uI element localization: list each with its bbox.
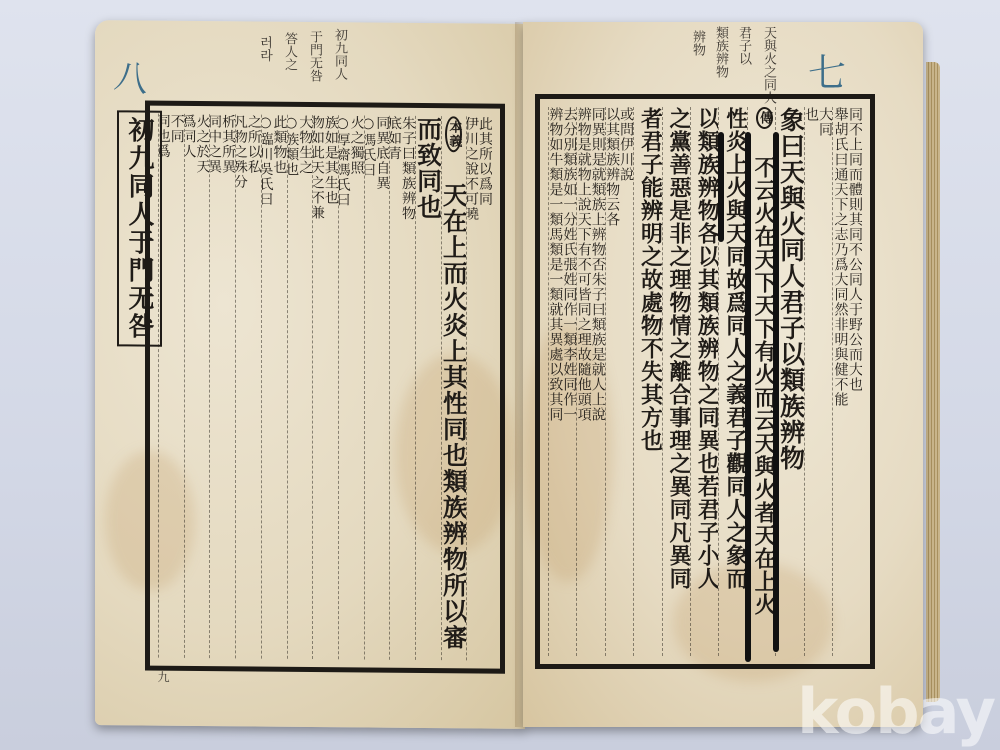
commentary-column: 析其所異同中之異: [209, 114, 235, 658]
commentary-column: 朱子曰類族辨物底如青: [389, 116, 415, 660]
commentary-column: 同異底自異○馮氏曰: [364, 115, 390, 659]
ink-highlight-bar: [745, 132, 751, 662]
handwritten-note: 初九同人: [330, 28, 349, 80]
open-book: 八 러라 答人之 于門无咎 初九同人 初九同人于門无咎 此其所以爲同伊川之說不可…: [95, 22, 930, 727]
text-columns: 同不上同而體則其同不公同人于野公而大也舉胡氏曰通天下之志乃爲大同然非明與健不能 …: [548, 107, 862, 656]
handwritten-note: 天與火之同人: [759, 26, 778, 104]
commentary-column: 大同也: [804, 107, 832, 656]
text-columns: 此其所以爲同伊川之說不可曉 本義 天在上而火炎上其性同也類族辨物所以審異 而致同…: [158, 114, 492, 661]
handwritten-note: 類族辨物: [711, 26, 730, 78]
seal-benyi: 本義: [445, 116, 462, 152]
text-frame-right: 同不上同而體則其同不公同人于野公而大也舉胡氏曰通天下之志乃爲大同然非明與健不能 …: [535, 94, 875, 669]
commentary-column: 或問伊川說以其類族辨物云各: [605, 107, 633, 656]
blue-annotation-mark: 七: [808, 42, 846, 97]
handwritten-note: 러라: [255, 36, 274, 62]
commentary-column: 之所以私凡物之殊分: [235, 114, 261, 658]
main-text-column: 象曰天與火同人君子以類族辨物: [775, 107, 803, 656]
handwritten-note: 于門无咎: [305, 30, 324, 82]
commentary-column: 族如是其生也物如此天之不兼: [312, 115, 338, 659]
commentary-column: 同不上同而體則其同不公同人于野公而大也舉胡氏曰通天下之志乃爲大同然非明與健不能: [832, 107, 862, 656]
kobay-watermark: kobay: [797, 675, 994, 748]
handwritten-note: 答人之: [280, 32, 299, 71]
commentary-column: 此其所以爲同伊川之說不可曉: [466, 116, 492, 660]
seal-zhuan: 傳: [756, 107, 773, 129]
blue-annotation-mark: 八: [112, 48, 152, 101]
commentary-column: 火之獨照○厚齋馮氏曰: [338, 115, 364, 659]
commentary-column: 此類物也○臨川吳氏曰: [261, 115, 287, 659]
main-text-column: 本義 天在上而火炎上其性同也類族辨物所以審異: [441, 116, 467, 660]
commentary-column: 火之於天爲同人: [184, 114, 210, 658]
commentary-column: 同異則是就類族上辨物否朱子曰類族是就人上說辨物是就物上說天下有不可皆同之理故隨他…: [576, 107, 604, 656]
main-text-column: 傳 不云火在天下天下有火而云天與火者天在上火: [747, 107, 775, 656]
commentary-column: 去分別類族如一分姓氏張姓同作一類李姓同作一辨物如牛類是一類馬類是一類就其異處以致…: [548, 107, 576, 656]
main-text-column: 而致同也: [415, 116, 441, 660]
handwritten-note: 君子以: [734, 26, 753, 65]
ink-highlight-bar: [718, 132, 724, 242]
page-edges: [926, 62, 940, 702]
left-page: 八 러라 答人之 于門无咎 初九同人 初九同人于門无咎 此其所以爲同伊川之說不可…: [95, 20, 525, 729]
main-text-column: 之黨善惡是非之理物情之離合事理之異同凡異同: [662, 107, 690, 656]
right-page: 辨物 類族辨物 君子以 天與火之同人 七 同不上同而體則其同不公同人于野公而大也…: [523, 22, 923, 727]
main-text-column: 以類族辨物各以其類族辨物之同異也若君子小人: [690, 107, 718, 656]
commentary-column: 不同同也爲: [158, 114, 184, 658]
main-text-column: 者君子能辨明之故處物不失其方也: [633, 107, 661, 656]
handwritten-note: 辨物: [688, 30, 707, 56]
text-frame-left: 此其所以爲同伊川之說不可曉 本義 天在上而火炎上其性同也類族辨物所以審異 而致同…: [145, 101, 505, 674]
commentary-column: 大物生之○族類也: [287, 115, 313, 659]
page-footer: 九: [155, 671, 172, 683]
ink-highlight-bar: [773, 132, 779, 652]
